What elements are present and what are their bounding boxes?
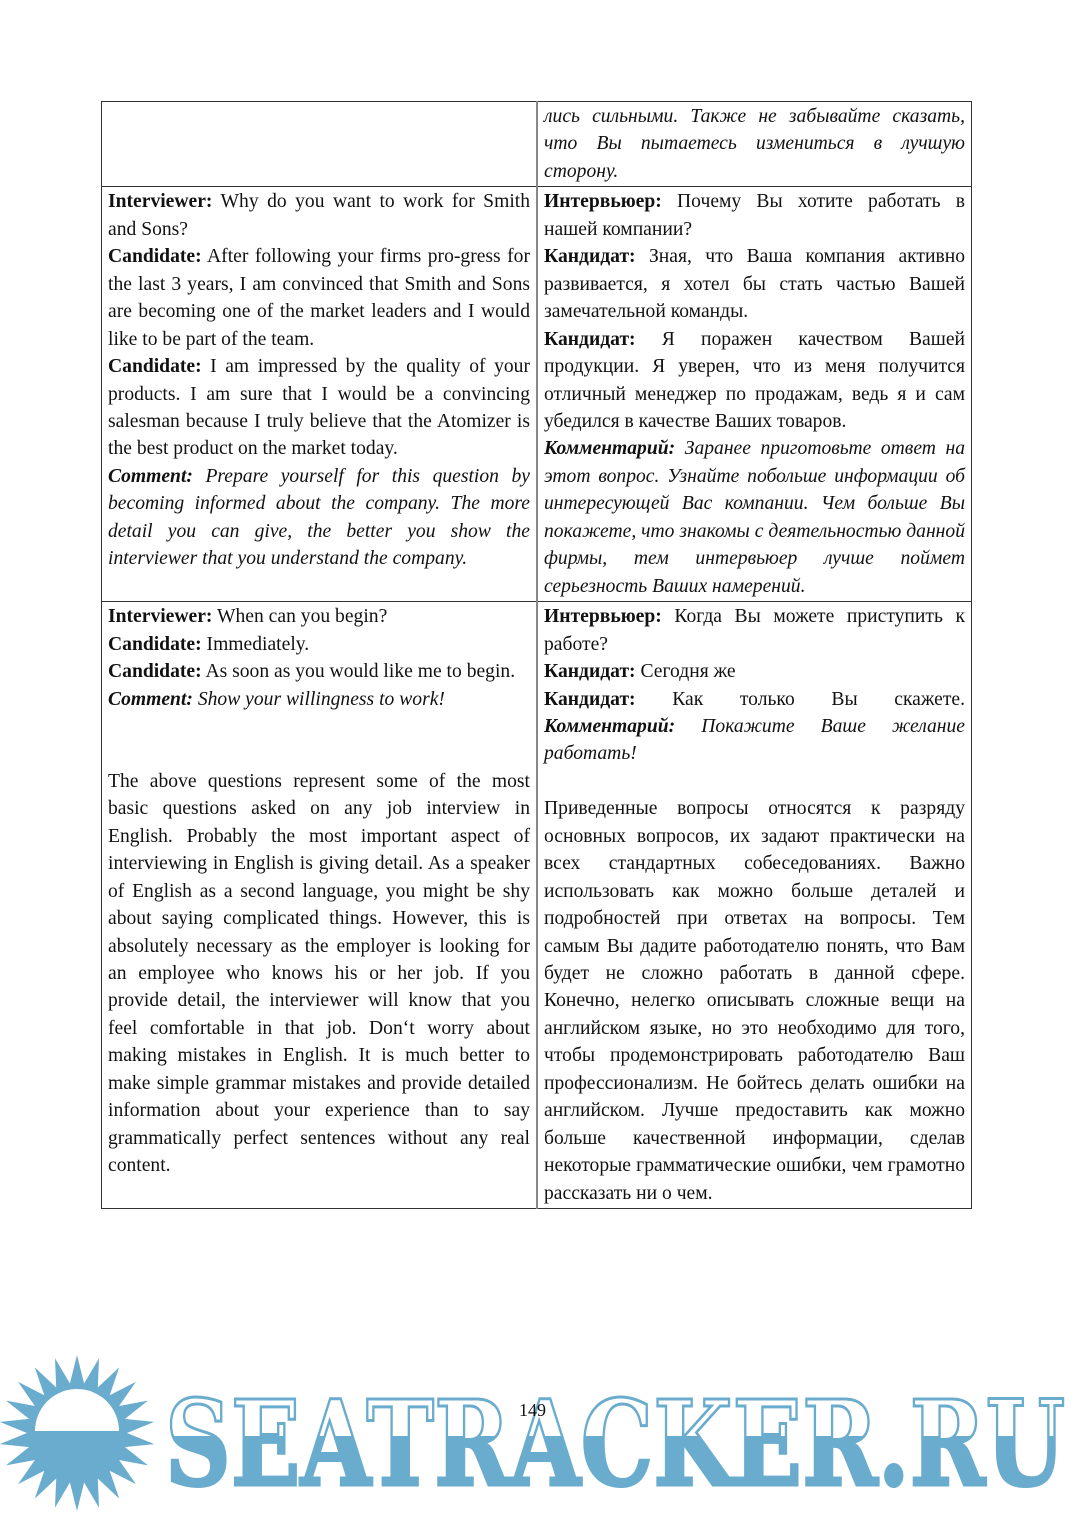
speaker-label: Интервьюер: [544, 606, 662, 627]
comment-label: Комментарий: [544, 716, 675, 737]
comment-label: Комментарий: [544, 438, 675, 459]
summary-paragraph: Приведенные вопросы относятся к разряду … [544, 795, 965, 1207]
russian-cell: Интервьюер: Когда Вы можете приступить к… [537, 602, 972, 1209]
table-row: Interviewer: Why do you want to work for… [102, 187, 972, 602]
dialogue-line: Кандидат: Как только Вы скажете. Коммент… [544, 686, 965, 768]
speaker-label: Кандидат: [544, 329, 636, 350]
blank-line [108, 740, 530, 767]
dialogue-line: Интервьюер: Когда Вы можете приступить к… [544, 603, 965, 658]
speech-text: Сегодня же [636, 661, 736, 682]
dialogue-line: Interviewer: When can you begin? [108, 603, 530, 630]
watermark-seatracker: SEATRACKER.RU SEATRACKER.RU [0, 1350, 1080, 1515]
dialogue-line: Candidate: I am impressed by the quality… [108, 353, 530, 463]
comment-text: Show your willingness to work! [193, 689, 445, 710]
speech-text: Immediately. [202, 634, 310, 655]
russian-cell: лись сильными. Также не забывайте сказат… [537, 102, 972, 187]
comment-line: Comment: Prepare yourself for this quest… [108, 463, 530, 573]
bilingual-interview-table: лись сильными. Также не забывайте сказат… [101, 101, 972, 1209]
speaker-label: Candidate: [108, 634, 202, 655]
dialogue-line: Candidate: Immediately. [108, 631, 530, 658]
watermark-text-fill: SEATRACKER.RU [165, 1374, 1065, 1513]
table-row: лись сильными. Также не забывайте сказат… [102, 102, 972, 187]
speaker-label: Кандидат: [544, 689, 636, 710]
speaker-label: Кандидат: [544, 246, 636, 267]
watermark-text: SEATRACKER.RU [165, 1374, 1065, 1513]
speaker-label: Candidate: [108, 661, 202, 682]
dialogue-line: Candidate: As soon as you would like me … [108, 658, 530, 685]
speech-text: Как только Вы скажете. [636, 689, 965, 710]
speech-text: As soon as you would like me to begin. [202, 661, 515, 682]
speaker-label: Кандидат: [544, 661, 636, 682]
speaker-label: Candidate: [108, 246, 202, 267]
english-cell: Interviewer: When can you begin?Candidat… [102, 602, 538, 1209]
comment-label: Comment: [108, 689, 193, 710]
table-body: лись сильными. Также не забывайте сказат… [102, 102, 972, 1209]
dialogue-line: Интервьюер: Почему Вы хотите работать в … [544, 188, 965, 243]
speaker-label: Интервьюер: [544, 191, 662, 212]
dialogue-line: Кандидат: Сегодня же [544, 658, 965, 685]
summary-paragraph: The above questions represent some of th… [108, 768, 530, 1180]
comment-text: Заранее приготовьте ответ на этот вопрос… [544, 438, 965, 596]
speaker-label: Candidate: [108, 356, 202, 377]
dialogue-line: Candidate: After following your firms pr… [108, 243, 530, 353]
russian-cell: Интервьюер: Почему Вы хотите работать в … [537, 187, 972, 602]
comment-label: Comment: [108, 466, 193, 487]
speaker-label: Interviewer: [108, 191, 212, 212]
table-row: Interviewer: When can you begin?Candidat… [102, 602, 972, 1209]
blank-line [108, 713, 530, 740]
speech-text: When can you begin? [212, 606, 387, 627]
english-cell: Interviewer: Why do you want to work for… [102, 187, 538, 602]
dialogue-line: Кандидат: Зная, что Ваша компания активн… [544, 243, 965, 325]
page-number: 149 [519, 1400, 546, 1421]
comment-continuation: лись сильными. Также не забывайте сказат… [544, 103, 965, 185]
english-cell [102, 102, 538, 187]
comment-line: Comment: Show your willingness to work! [108, 686, 530, 713]
speaker-label: Interviewer: [108, 606, 212, 627]
dialogue-line: Interviewer: Why do you want to work for… [108, 188, 530, 243]
sun-icon [0, 1355, 154, 1511]
blank-line [544, 768, 965, 795]
dialogue-line: Кандидат: Я поражен качеством Вашей прод… [544, 326, 965, 436]
comment-line: Комментарий: Заранее приготовьте ответ н… [544, 435, 965, 600]
